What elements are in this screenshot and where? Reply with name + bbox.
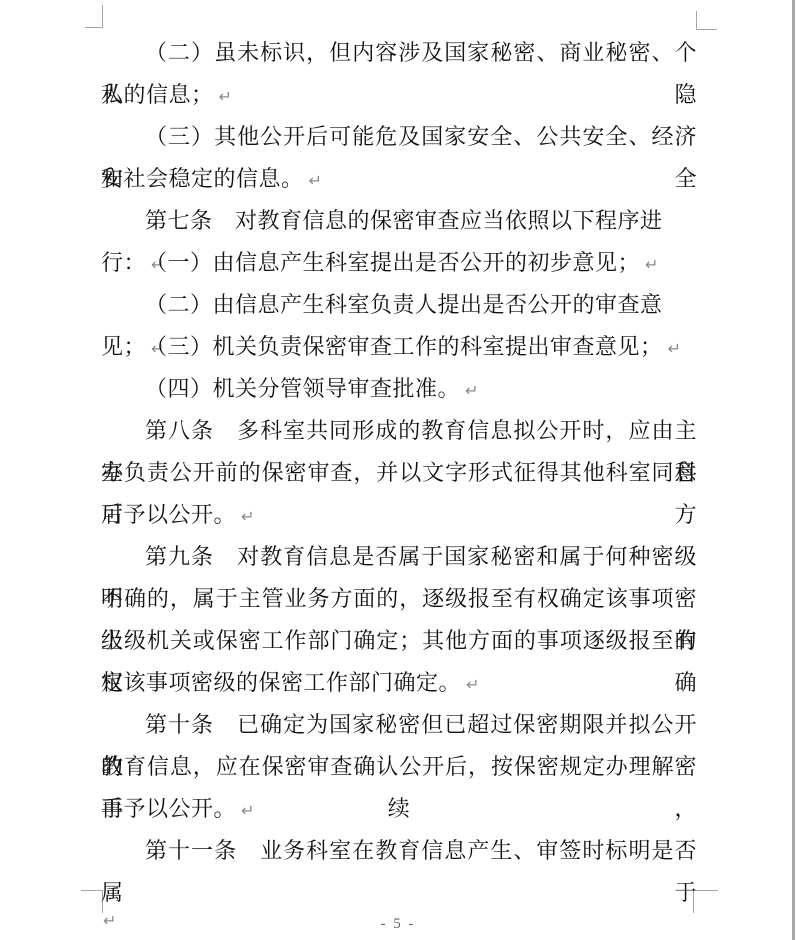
text-line-content: 私的信息；: [101, 82, 214, 107]
text-line-content: 定该事项密级的保密工作部门确定。: [101, 670, 461, 695]
text-line: 第十条 已确定为国家秘密但已超过保密期限并拟公开的: [101, 704, 697, 746]
text-line: （四）机关分管领导审查批准。↵: [101, 368, 697, 410]
text-line: 第八条 多科室共同形成的教育信息拟公开时，应由主办科: [101, 410, 697, 452]
paragraph-mark-icon: ↵: [466, 675, 479, 694]
text-line-content: 第十一条 业务科室在教育信息产生、审签时标明是否属于: [101, 838, 697, 905]
paragraph-mark-icon: ↵: [241, 507, 254, 526]
text-line-content: （四）机关分管领导审查批准。: [145, 376, 460, 401]
text-line-content: （三）机关负责保密审查工作的科室提出审查意见；: [145, 334, 663, 359]
text-boundary-mark-top-right-icon: [696, 11, 717, 30]
text-line: 室负责公开前的保密审查，并以文字形式征得其他科室同意后方: [101, 452, 697, 494]
text-line: 第九条 对教育信息是否属于国家秘密和属于何种密级不: [101, 536, 697, 578]
paragraph-mark-icon: ↵: [465, 381, 478, 400]
text-line: 第七条 对教育信息的保密审查应当依照以下程序进行：↵: [101, 200, 697, 242]
text-line: （二）由信息产生科室负责人提出是否公开的审查意见；↵: [101, 284, 697, 326]
text-line: （二）虽未标识，但内容涉及国家秘密、商业秘密、个人隐: [101, 32, 697, 74]
document-body-text: （二）虽未标识，但内容涉及国家秘密、商业秘密、个人隐私的信息；↵（三）其他公开后…: [101, 32, 697, 872]
text-line: 教育信息，应在保密审查确认公开后，按保密规定办理解密手续，: [101, 746, 697, 788]
page-number: - 5 -: [0, 915, 796, 933]
text-boundary-mark-bottom-left-icon: [81, 890, 103, 913]
paragraph-mark-icon: ↵: [241, 801, 254, 820]
text-line-content: 再予以公开。: [101, 796, 236, 821]
document-page[interactable]: （二）虽未标识，但内容涉及国家秘密、商业秘密、个人隐私的信息；↵（三）其他公开后…: [0, 0, 796, 940]
page-edge-shadow: [792, 0, 795, 940]
text-line-content: （一）由信息产生科室提出是否公开的初步意见；: [145, 250, 640, 275]
paragraph-mark-icon: ↵: [668, 339, 681, 358]
text-line: （一）由信息产生科室提出是否公开的初步意见；↵: [101, 242, 697, 284]
text-line: （三）机关负责保密审查工作的科室提出审查意见；↵: [101, 326, 697, 368]
text-boundary-mark-top-left-icon: [85, 5, 103, 28]
paragraph-mark-icon: ↵: [219, 87, 232, 106]
text-line: 第十一条 业务科室在教育信息产生、审签时标明是否属于: [101, 830, 697, 872]
text-line: 上级机关或保密工作部门确定；其他方面的事项逐级报至有权确: [101, 620, 697, 662]
paragraph-mark-icon: ↵: [309, 171, 322, 190]
text-line-content: 和社会稳定的信息。: [101, 166, 304, 191]
text-line: 明确的，属于主管业务方面的，逐级报至有权确定该事项密级的: [101, 578, 697, 620]
paragraph-mark-icon: ↵: [645, 255, 658, 274]
text-line-content: 可予以公开。: [101, 502, 236, 527]
text-line: （三）其他公开后可能危及国家安全、公共安全、经济安全: [101, 116, 697, 158]
